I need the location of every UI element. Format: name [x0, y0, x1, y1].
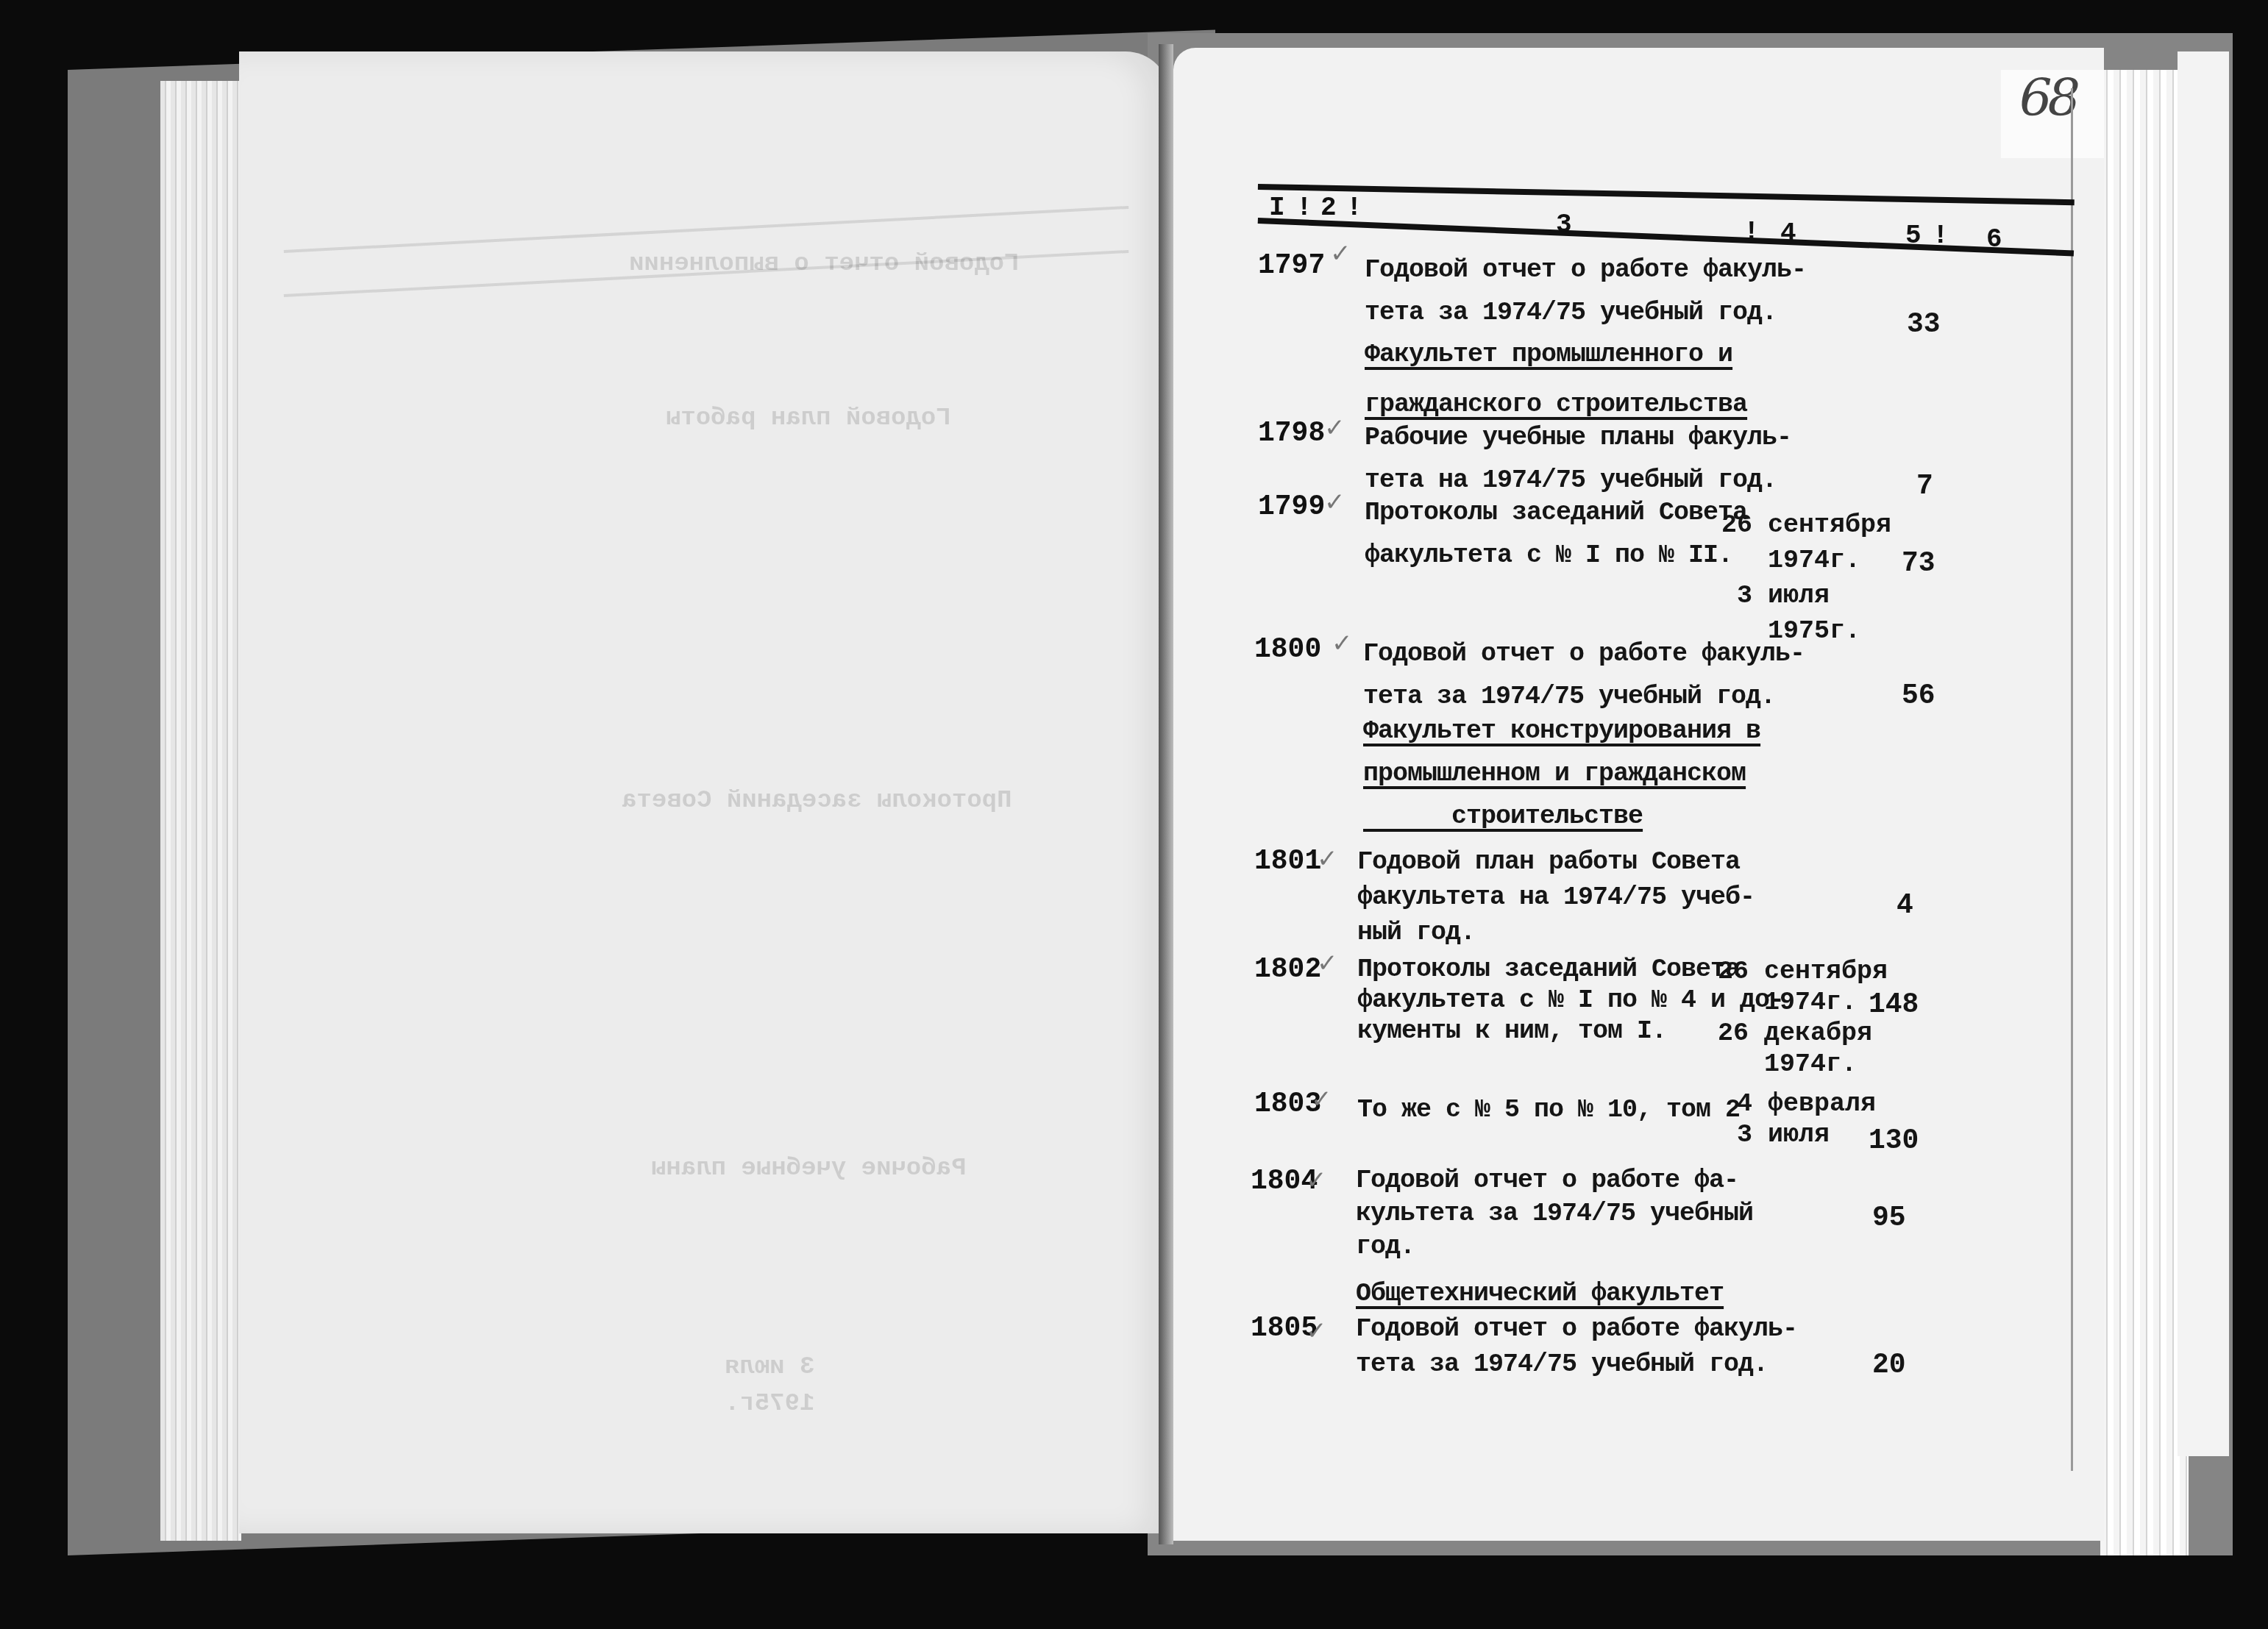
- header-sep: !: [1743, 217, 1760, 247]
- entry-number: 1802: [1254, 954, 1321, 985]
- check-mark-icon: ✓: [1317, 949, 1338, 978]
- header-sep: !: [1346, 193, 1362, 223]
- entry-dates: 26 сентября 1974г. 26 декабря 1974г.: [1718, 956, 1888, 1080]
- header-col-2: 2: [1320, 193, 1337, 223]
- ghost-text: 1975г.: [725, 1390, 814, 1418]
- folio-number: 68: [2019, 68, 2076, 128]
- entry-title: Годовой отчет о работе факуль- тета за 1…: [1356, 1311, 1797, 1382]
- ghost-text: Рабочие учебные планы: [651, 1155, 966, 1183]
- check-mark-icon: ✓: [1324, 488, 1345, 517]
- entry-dates: 4 февраля 3 июля: [1721, 1088, 1876, 1150]
- entry-sheets: 95: [1872, 1202, 1906, 1234]
- margin-line: [2071, 88, 2073, 1471]
- left-page: Годовой отчет о выполнении Годовой план …: [239, 51, 1170, 1533]
- check-mark-icon: ✓: [1311, 1085, 1332, 1114]
- header-sep: !: [1296, 193, 1312, 223]
- ghost-text: Годовой план работы: [666, 404, 951, 432]
- entry-number: 1800: [1254, 634, 1321, 666]
- header-col-3: 3: [1556, 210, 1572, 240]
- check-mark-icon: ✓: [1306, 1316, 1327, 1346]
- section-heading: Факультет конструирования впромышленном …: [1363, 710, 1760, 838]
- entry-sheets: 33: [1907, 309, 1941, 341]
- entry-title: Годовой отчет о работе факуль- тета за 1…: [1365, 249, 1806, 334]
- check-mark-icon: ✓: [1324, 413, 1345, 443]
- section-heading: Факультет промышленного игражданского ст…: [1365, 329, 1747, 429]
- entry-sheets: 56: [1902, 680, 1935, 712]
- entry-title: Рабочие учебные планы факуль- тета на 19…: [1365, 416, 1791, 502]
- entry-sheets: 7: [1916, 471, 1933, 502]
- entry-title: То же с № 5 по № 10, том 2: [1357, 1088, 1740, 1131]
- entry-title: Протоколы заседаний Совета факультета с …: [1365, 491, 1747, 577]
- entry-sheets: 20: [1872, 1350, 1906, 1381]
- ghost-rule: [284, 206, 1129, 253]
- book-gutter: [1159, 44, 1173, 1544]
- check-mark-icon: ✓: [1330, 239, 1351, 268]
- header-col-6: 6: [1986, 224, 2002, 254]
- entry-sheets: 148: [1869, 989, 1919, 1021]
- check-mark-icon: ✓: [1332, 629, 1353, 658]
- entry-sheets: 130: [1869, 1125, 1919, 1157]
- entry-title: Годовой план работы Совета факультета на…: [1357, 844, 1755, 950]
- entry-dates: 26 сентября 1974г. 3 июля 1975г.: [1721, 507, 1891, 649]
- entry-sheets: 73: [1902, 548, 1935, 580]
- page-stack-left: [160, 81, 241, 1541]
- header-col-4: 4: [1780, 218, 1796, 249]
- check-mark-icon: ✓: [1306, 1166, 1327, 1195]
- header-col-5: 5: [1905, 221, 1922, 251]
- entry-title: Годовой отчет о работе фа- культета за 1…: [1356, 1164, 1753, 1263]
- entry-sheets: 4: [1896, 890, 1913, 922]
- entry-title: Годовой отчет о работе факуль- тета за 1…: [1363, 632, 1805, 718]
- entry-number: 1801: [1254, 846, 1321, 877]
- header-sep: !: [1933, 221, 1949, 251]
- entry-number: 1797: [1258, 250, 1325, 282]
- page-stack-right: [2100, 70, 2189, 1555]
- ghost-text: Годовой отчет о выполнении: [629, 250, 1020, 278]
- check-mark-icon: ✓: [1317, 844, 1338, 874]
- ghost-text: 3 июля: [725, 1353, 814, 1381]
- ghost-text: Протоколы заседаний Совета: [622, 787, 1012, 815]
- entry-number: 1798: [1258, 418, 1325, 449]
- header-col-1: I: [1269, 193, 1285, 223]
- insert-sheet: [2178, 51, 2229, 1456]
- entry-number: 1799: [1258, 491, 1325, 523]
